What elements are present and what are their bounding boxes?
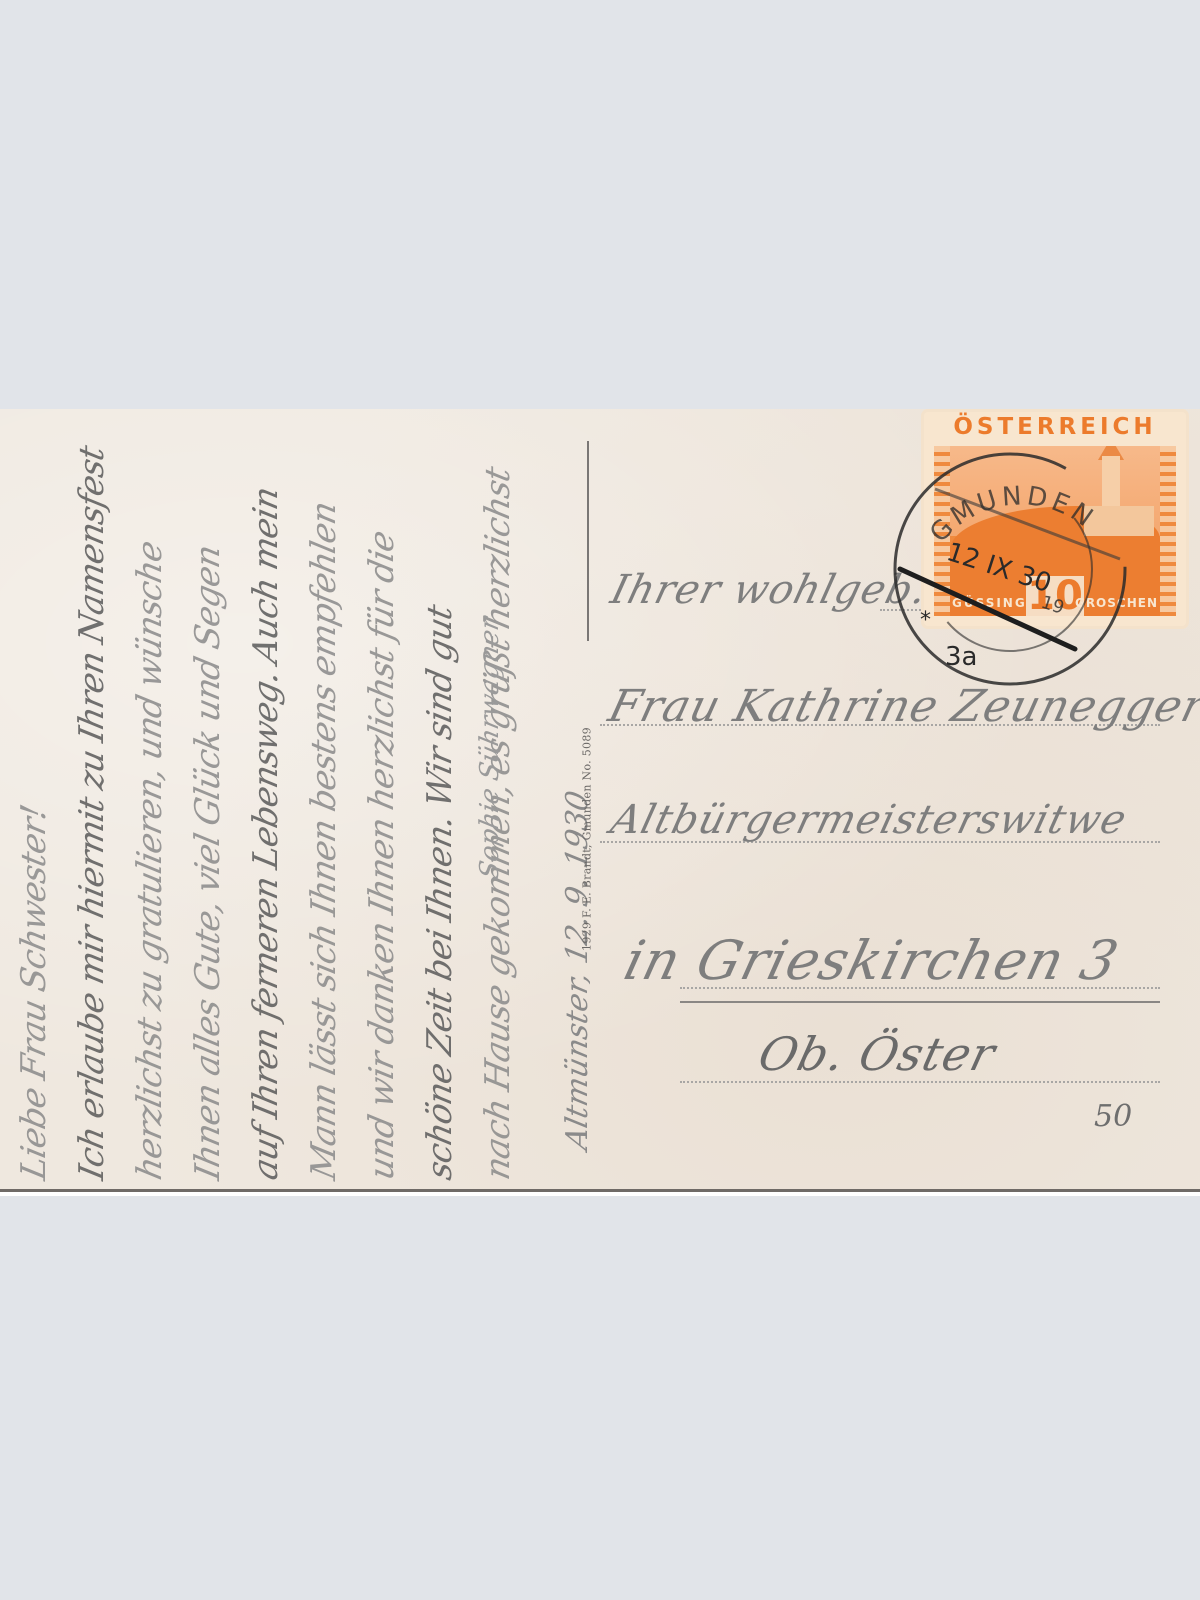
address-title: Altbürgermeisterswitwe	[606, 797, 1131, 843]
stamp-image: GÜSSING 10 GROSCHEN	[934, 446, 1176, 616]
postmark-office-code: 3a	[945, 642, 977, 672]
address-region: Ob. Öster	[753, 1027, 1001, 1081]
center-divider	[587, 441, 589, 641]
address-salutation: Ihrer wohlgeb.	[606, 567, 932, 613]
postcard: Liebe Frau Schwester! Ich erlaube mir hi…	[0, 409, 1200, 1192]
message-line: Ich erlaube mir hiermit zu Ihren Namensf…	[63, 413, 121, 1185]
message-line: schöne Zeit bei Ihnen. Wir sind gut	[411, 413, 469, 1185]
address-rule	[680, 1081, 1160, 1083]
castle-icon	[1084, 506, 1154, 536]
message-line: auf Ihren ferneren Lebensweg. Auch mein	[237, 413, 295, 1185]
message-line: Ihnen alles Gute, viel Glück und Segen	[179, 413, 237, 1185]
postage-stamp: ÖSTERREICH GÜSSING 10 GROSCHEN	[924, 412, 1186, 626]
handwritten-message: Liebe Frau Schwester! Ich erlaube mir hi…	[5, 419, 585, 1179]
signature: Sophie Sührwagner	[475, 614, 505, 882]
stamp-country: ÖSTERREICH	[924, 414, 1186, 440]
message-area: Liebe Frau Schwester! Ich erlaube mir hi…	[0, 409, 590, 1189]
message-line: Liebe Frau Schwester!	[5, 413, 63, 1185]
address-town: in Grieskirchen 3	[618, 929, 1125, 992]
address-rule-solid	[680, 1001, 1160, 1003]
stamp-currency: GROSCHEN	[1075, 596, 1158, 610]
message-line: und wir danken Ihnen herzlichst für die	[353, 413, 411, 1185]
stamp-caption: GÜSSING	[952, 596, 1027, 610]
pencil-annotation: 50	[1094, 1099, 1132, 1134]
publisher-imprint: 1929 F. E. Brandt, Gmunden No. 5089	[581, 727, 594, 951]
message-line: Mann lässt sich Ihnen bestens empfehlen	[295, 413, 353, 1185]
address-recipient: Frau Kathrine Zeunegger	[604, 681, 1200, 732]
message-line: herzlichst zu gratulieren, und wünsche	[121, 413, 179, 1185]
